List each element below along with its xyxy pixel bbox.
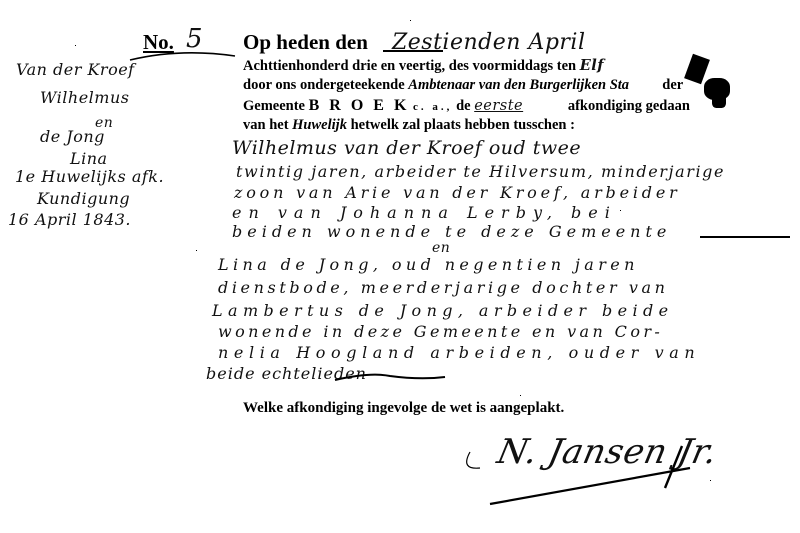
bride-line: dienstbode, meerderjarige dochter van <box>218 278 669 297</box>
bride-line: nelia Hoogland arbeiden, ouder van <box>218 343 700 362</box>
groom-line: en van Johanna Lerby, bei <box>232 203 617 222</box>
header-line-4: Gemeente B R O E K c. a., de eerste afko… <box>243 97 690 115</box>
margin-line: Wilhelmus <box>40 88 129 107</box>
printed-footer: Welke afkondiging ingevolge de wet is aa… <box>243 400 564 417</box>
hour-handwritten: Elf <box>580 57 604 74</box>
header-line-5-pre: van het <box>243 117 289 133</box>
groom-line: twintig jaren, arbeider te Hilversum, mi… <box>236 162 725 181</box>
groom-line: Wilhelmus van der Kroef oud twee <box>232 137 581 159</box>
header-de: de <box>456 98 471 114</box>
number-flourish <box>120 30 240 70</box>
margin-line: Van der Kroef <box>16 60 135 79</box>
margin-line: Lina <box>70 149 108 168</box>
scan-speck <box>196 250 197 251</box>
scan-speck <box>520 395 521 396</box>
date-underline <box>383 50 443 52</box>
margin-line: 1e Huwelijks afk. <box>15 167 164 186</box>
margin-line: Kundigung <box>37 189 130 208</box>
header-line-2: Achttienhonderd drie en veertig, des voo… <box>243 57 604 75</box>
huwelijk-word: Huwelijk <box>292 117 347 133</box>
bride-line: Lina de Jong, oud negentien jaren <box>218 255 639 274</box>
proclamation-ordinal: eerste <box>474 98 564 114</box>
closing-flourish <box>330 368 450 388</box>
header-prefix: Op heden den <box>243 30 368 54</box>
scan-speck <box>75 45 76 46</box>
bride-line: Lambertus de Jong, arbeider beide <box>212 301 674 320</box>
municipality-name: B R O E K <box>309 97 410 114</box>
header-line-5-post: hetwelk zal plaats hebben tusschen : <box>351 117 575 133</box>
margin-line: de Jong <box>40 127 105 146</box>
gemeente-label: Gemeente <box>243 98 305 114</box>
bride-line: wonende in deze Gemeente en van Cor- <box>218 322 663 341</box>
scan-speck <box>710 480 711 481</box>
header-line-4-post: afkondiging gedaan <box>568 98 690 114</box>
scan-speck <box>410 20 411 21</box>
header-line-1: Op heden den <box>243 30 368 55</box>
margin-line: 16 April 1843. <box>8 210 131 229</box>
header-line-3-post: der <box>662 77 683 93</box>
conjunction-en: en <box>432 240 450 256</box>
ink-blot <box>712 92 726 108</box>
header-line-2-text: Achttienhonderd drie en veertig, des voo… <box>243 58 576 74</box>
official-title: Ambtenaar van den Burgerlijken Sta <box>408 77 629 93</box>
scan-speck <box>620 210 621 211</box>
header-line-3: door ons ondergeteekende Ambtenaar van d… <box>243 77 683 94</box>
header-line-3-pre: door ons ondergeteekende <box>243 77 405 93</box>
municipality-suffix: c. a., <box>413 101 452 113</box>
signature-flourish <box>460 440 700 510</box>
groom-line: beiden wonende te deze Gemeente <box>232 222 671 241</box>
header-line-5: van het Huwelijk hetwelk zal plaats hebb… <box>243 117 575 134</box>
line-filler <box>700 236 790 238</box>
groom-line: zoon van Arie van der Kroef, arbeider <box>234 183 681 202</box>
